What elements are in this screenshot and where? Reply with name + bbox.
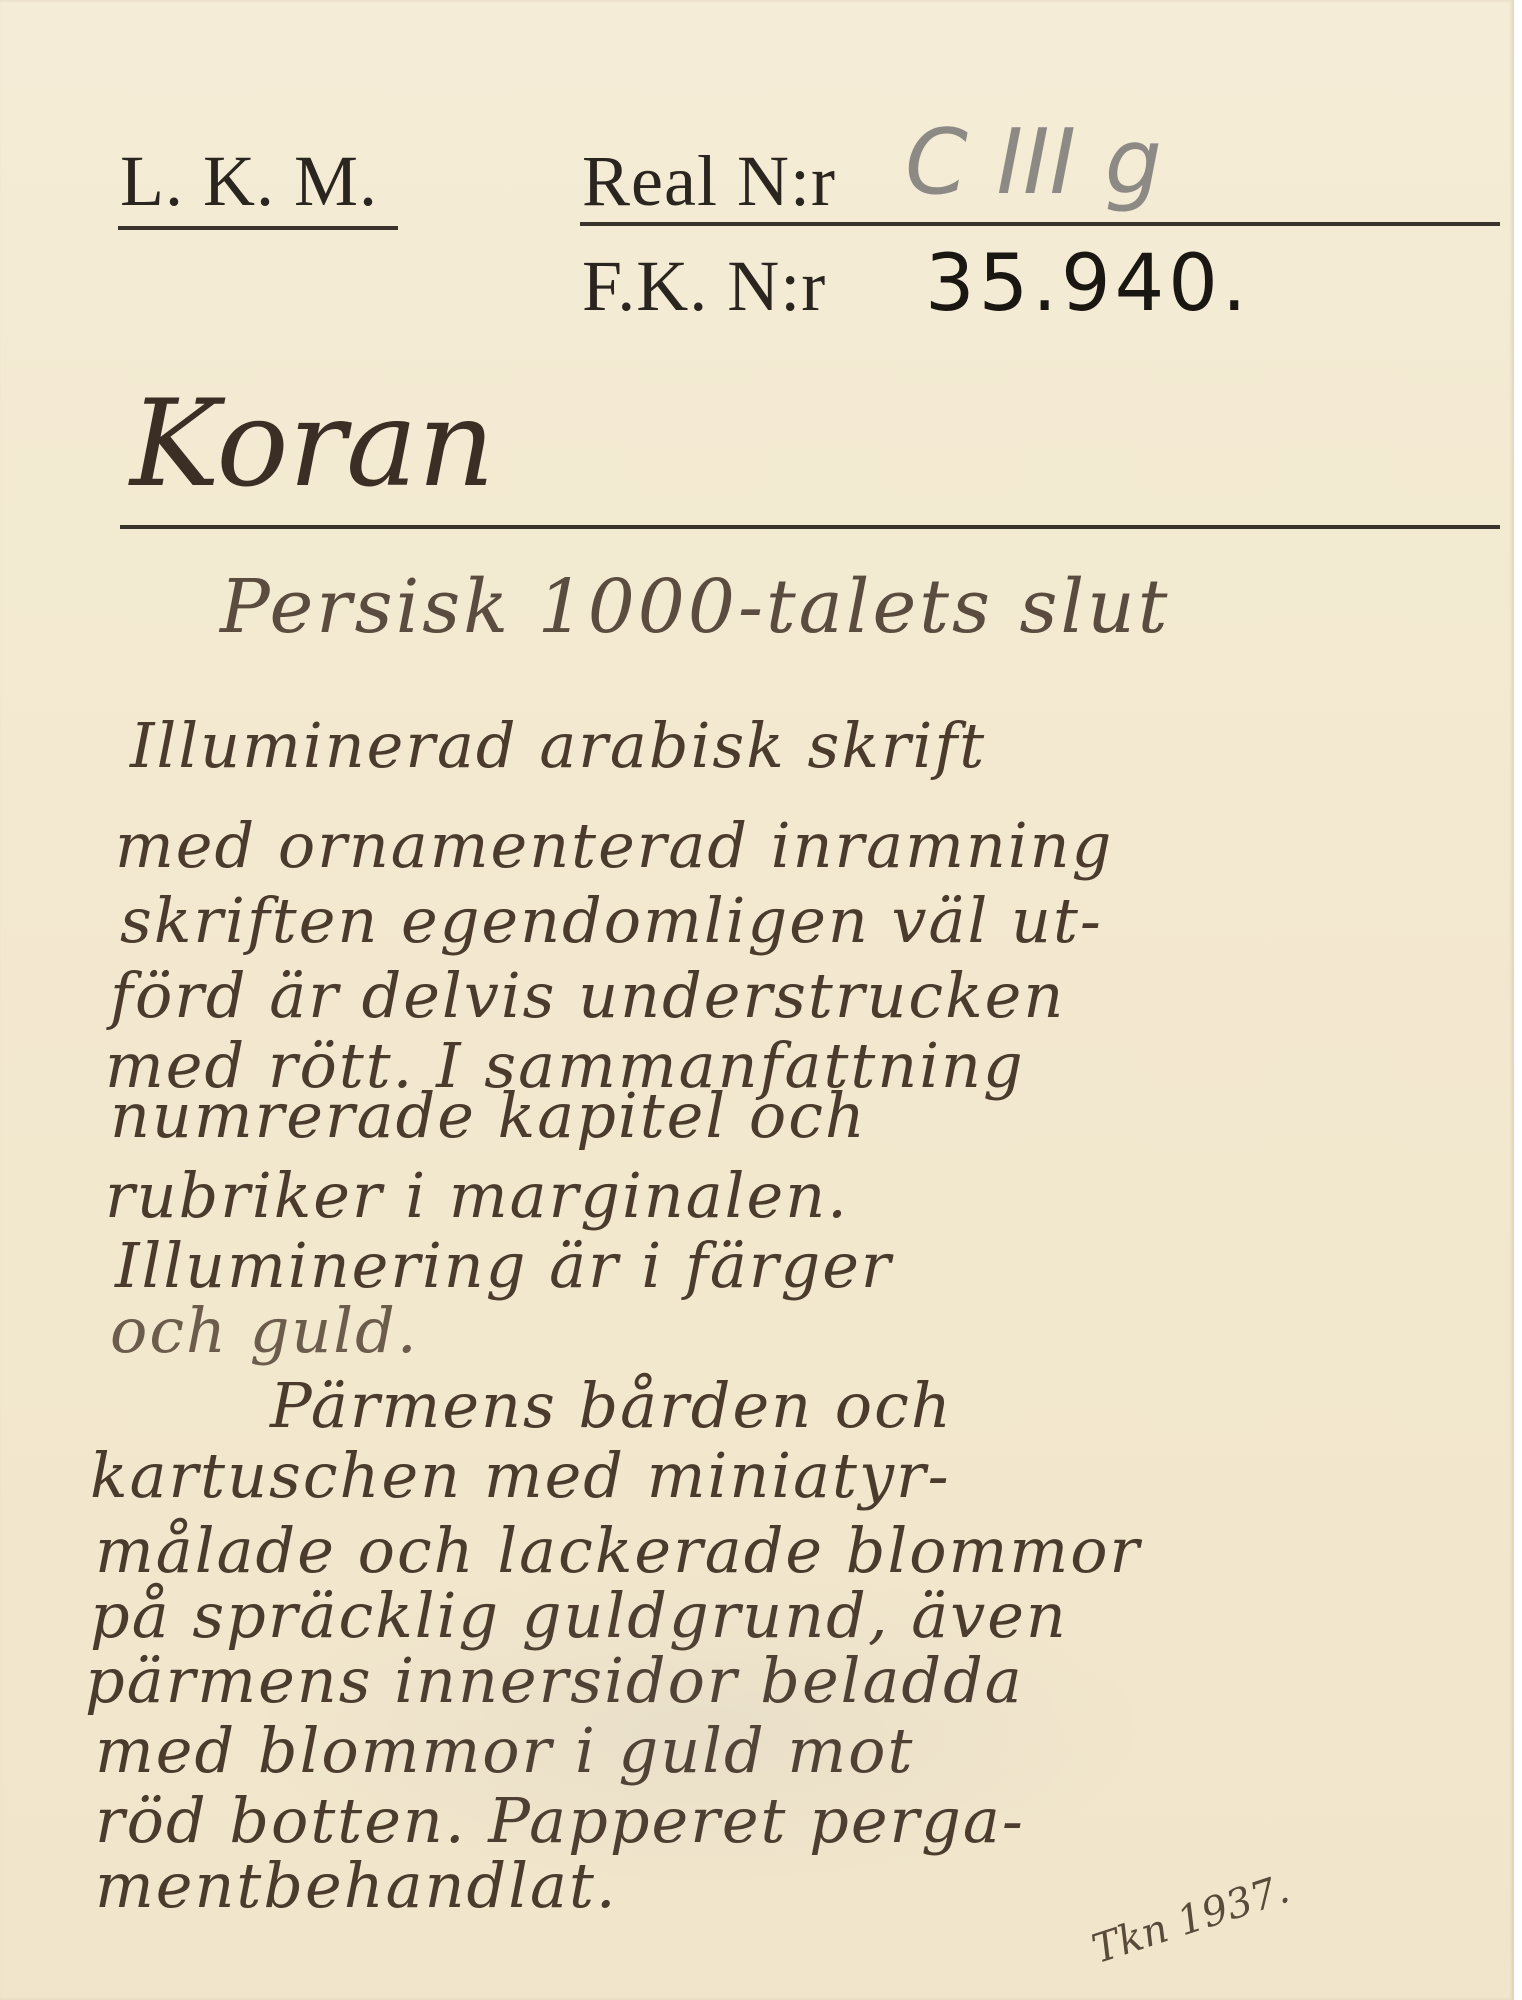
header-rule xyxy=(580,222,1500,226)
text-line: numrerade kapitel och xyxy=(110,1085,867,1147)
title-rule xyxy=(120,525,1500,529)
document-title: Koran xyxy=(130,385,495,505)
institution-label: L. K. M. xyxy=(120,145,378,217)
fk-number-label: F.K. N:r xyxy=(582,250,826,322)
text-line: och guld. xyxy=(110,1300,419,1362)
fk-number-value: 35.940. xyxy=(925,245,1251,323)
text-line: Pärmens bården och xyxy=(270,1375,953,1437)
text-line: förd är delvis understrucken xyxy=(110,965,1065,1027)
text-line: Illuminerad arabisk skrift xyxy=(130,715,986,777)
document-subtitle: Persisk 1000-talets slut xyxy=(220,570,1171,644)
real-number-value: C III g xyxy=(905,118,1162,208)
text-line: skriften egendomligen väl ut- xyxy=(120,890,1103,952)
ink-bleed-through xyxy=(250,1560,1150,1900)
text-line: Illuminering är i färger xyxy=(115,1235,893,1297)
institution-underline xyxy=(118,226,398,230)
text-line: med ornamenterad inramning xyxy=(115,815,1113,877)
real-number-label: Real N:r xyxy=(582,145,836,217)
text-line: kartuschen med miniatyr- xyxy=(90,1445,951,1507)
text-line: rubriker i marginalen. xyxy=(105,1165,849,1227)
document-page: L. K. M. Real N:r C III g F.K. N:r 35.94… xyxy=(0,0,1514,2000)
